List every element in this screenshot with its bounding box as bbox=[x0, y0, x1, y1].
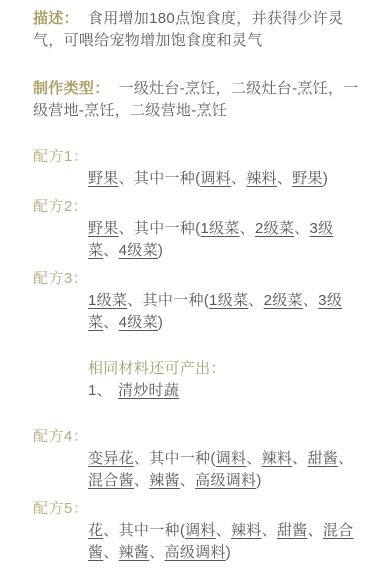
ingredient-link[interactable]: 2级菜 bbox=[264, 292, 303, 309]
ingredient-link[interactable]: 高级调料 bbox=[165, 544, 226, 561]
ingredient-link[interactable]: 高级调料 bbox=[195, 472, 256, 489]
ingredient-link[interactable]: 辣酱 bbox=[149, 472, 180, 489]
ingredient-link[interactable]: 野果 bbox=[292, 170, 323, 187]
recipe-separator-text: 、 bbox=[308, 522, 323, 539]
recipe-separator-text: 、 bbox=[103, 242, 118, 259]
ingredient-link[interactable]: 4级菜 bbox=[119, 242, 158, 259]
description-label: 描述： bbox=[33, 10, 79, 27]
ingredient-link[interactable]: 辣酱 bbox=[119, 544, 150, 561]
recipe-ingredients: 1级菜、其中一种(1级菜、2级菜、3级菜、4级菜) bbox=[88, 290, 360, 334]
ingredient-link[interactable]: 4级菜 bbox=[119, 314, 158, 331]
ingredient-link[interactable]: 甜酱 bbox=[308, 450, 339, 467]
recipe-separator-text: 、 bbox=[248, 292, 263, 309]
craft-type-paragraph: 制作类型：一级灶台-烹饪，二级灶台-烹饪，一级营地-烹饪，二级营地-烹饪 bbox=[33, 78, 359, 122]
recipe-separator-text: 、 bbox=[292, 450, 307, 467]
recipe-separator-text: 、 bbox=[246, 450, 261, 467]
ingredient-link[interactable]: 调料 bbox=[200, 170, 231, 187]
description-text: 食用增加180点饱食度，并获得少许灵气，可喂给宠物增加饱食度和灵气 bbox=[33, 10, 343, 49]
recipe-block: 配方5：花、其中一种(调料、辣料、甜酱、混合酱、辣酱、高级调料) bbox=[33, 498, 357, 564]
recipe-block: 配方2：野果、其中一种(1级菜、2级菜、3级菜、4级菜) bbox=[33, 196, 357, 262]
recipe-separator-text: 、 bbox=[216, 522, 231, 539]
recipe-separator-text: 、 bbox=[262, 522, 277, 539]
recipe-block: 配方3：1级菜、其中一种(1级菜、2级菜、3级菜、4级菜) bbox=[33, 268, 357, 334]
recipe-separator-text: ) bbox=[158, 314, 163, 331]
ingredient-link[interactable]: 辣料 bbox=[231, 522, 262, 539]
ingredient-link[interactable]: 2级菜 bbox=[255, 220, 294, 237]
dish-link[interactable]: 清炒时蔬 bbox=[118, 382, 179, 399]
recipe-ingredients: 变异花、其中一种(调料、辣料、甜酱、混合酱、辣酱、高级调料) bbox=[88, 448, 360, 492]
recipe-separator-text: 、 bbox=[303, 292, 318, 309]
ingredient-link[interactable]: 1级菜 bbox=[209, 292, 248, 309]
recipe-label: 配方2： bbox=[33, 196, 357, 218]
recipe-list-top: 配方1：野果、其中一种(调料、辣料、野果)配方2：野果、其中一种(1级菜、2级菜… bbox=[33, 146, 357, 334]
recipe-block: 配方1：野果、其中一种(调料、辣料、野果) bbox=[33, 146, 357, 190]
recipe-separator-text: 、其中一种( bbox=[119, 220, 201, 237]
ingredient-link[interactable]: 1级菜 bbox=[88, 292, 127, 309]
recipe-block: 配方4：变异花、其中一种(调料、辣料、甜酱、混合酱、辣酱、高级调料) bbox=[33, 426, 357, 492]
ingredient-link[interactable]: 混合酱 bbox=[88, 472, 134, 489]
same-materials-item: 1、清炒时蔬 bbox=[88, 380, 360, 402]
craft-type-label: 制作类型： bbox=[33, 80, 110, 97]
ingredient-link[interactable]: 1级菜 bbox=[200, 220, 239, 237]
recipe-separator-text: 、其中一种( bbox=[119, 170, 201, 187]
recipe-ingredients: 野果、其中一种(调料、辣料、野果) bbox=[88, 168, 360, 190]
recipe-separator-text: 、 bbox=[338, 450, 353, 467]
recipe-separator-text: 、 bbox=[103, 544, 118, 561]
ingredient-link[interactable]: 辣料 bbox=[262, 450, 293, 467]
recipe-separator-text: 、 bbox=[277, 170, 292, 187]
recipe-separator-text: 、其中一种( bbox=[134, 450, 216, 467]
item-index: 1、 bbox=[88, 382, 112, 399]
ingredient-link[interactable]: 变异花 bbox=[88, 450, 134, 467]
recipe-separator-text: 、 bbox=[103, 314, 118, 331]
recipe-separator-text: 、 bbox=[294, 220, 309, 237]
same-materials-list: 1、清炒时蔬 bbox=[88, 380, 360, 402]
same-materials-block: 相同材料还可产出： 1、清炒时蔬 bbox=[88, 358, 360, 402]
ingredient-link[interactable]: 野果 bbox=[88, 220, 119, 237]
recipe-label: 配方5： bbox=[33, 498, 357, 520]
recipe-separator-text: 、其中一种( bbox=[127, 292, 209, 309]
recipe-separator-text: 、 bbox=[240, 220, 255, 237]
ingredient-link[interactable]: 花 bbox=[88, 522, 103, 539]
recipe-separator-text: ) bbox=[226, 544, 231, 561]
ingredient-link[interactable]: 野果 bbox=[88, 170, 119, 187]
recipe-separator-text: 、 bbox=[134, 472, 149, 489]
recipe-ingredients: 花、其中一种(调料、辣料、甜酱、混合酱、辣酱、高级调料) bbox=[88, 520, 360, 564]
ingredient-link[interactable]: 甜酱 bbox=[277, 522, 308, 539]
recipe-separator-text: ) bbox=[323, 170, 328, 187]
ingredient-link[interactable]: 调料 bbox=[216, 450, 247, 467]
description-paragraph: 描述：食用增加180点饱食度，并获得少许灵气，可喂给宠物增加饱食度和灵气 bbox=[33, 8, 359, 52]
ingredient-link[interactable]: 调料 bbox=[185, 522, 216, 539]
item-detail-panel: 描述：食用增加180点饱食度，并获得少许灵气，可喂给宠物增加饱食度和灵气 制作类… bbox=[0, 0, 385, 568]
recipe-list-bottom: 配方4：变异花、其中一种(调料、辣料、甜酱、混合酱、辣酱、高级调料)配方5：花、… bbox=[33, 426, 357, 564]
recipe-separator-text: 、 bbox=[231, 170, 246, 187]
recipe-label: 配方1： bbox=[33, 146, 357, 168]
recipe-label: 配方4： bbox=[33, 426, 357, 448]
recipe-ingredients: 野果、其中一种(1级菜、2级菜、3级菜、4级菜) bbox=[88, 218, 360, 262]
recipe-separator-text: ) bbox=[158, 242, 163, 259]
recipe-separator-text: 、其中一种( bbox=[103, 522, 185, 539]
recipe-separator-text: 、 bbox=[149, 544, 164, 561]
ingredient-link[interactable]: 辣料 bbox=[246, 170, 277, 187]
recipe-separator-text: 、 bbox=[180, 472, 195, 489]
recipe-separator-text: ) bbox=[256, 472, 261, 489]
recipe-label: 配方3： bbox=[33, 268, 357, 290]
same-materials-heading: 相同材料还可产出： bbox=[88, 358, 360, 380]
